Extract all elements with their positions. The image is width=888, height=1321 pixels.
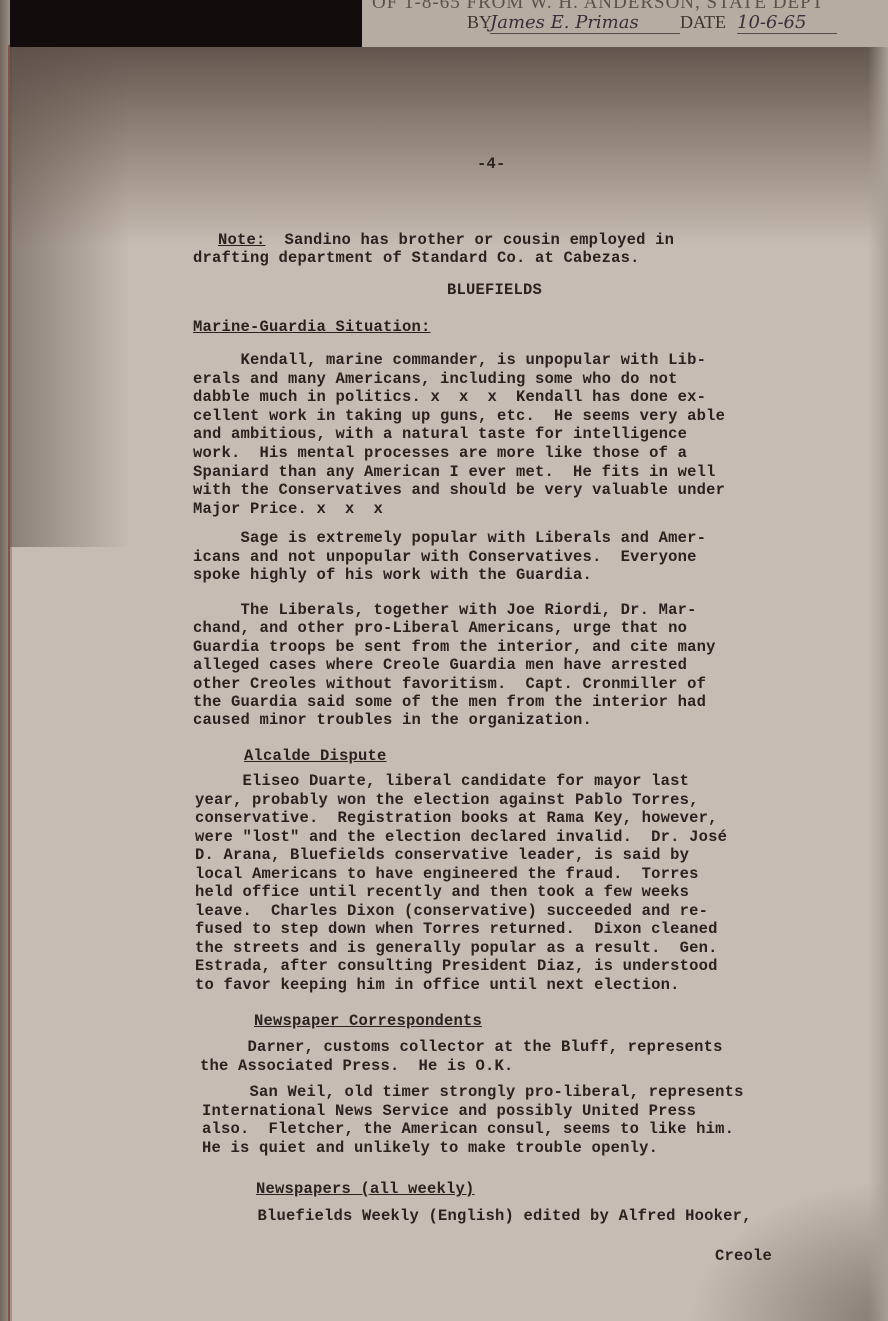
section-title: BLUEFIELDS — [447, 281, 542, 299]
text-line: Eliseo Duarte, liberal candidate for may… — [195, 772, 689, 790]
scan-shadow-left — [10, 47, 130, 547]
heading-newspaper-correspondents: Newspaper Correspondents — [254, 1012, 482, 1030]
text-line: conservative. Registration books at Rama… — [195, 809, 718, 827]
text-line: Sage is extremely popular with Liberals … — [193, 529, 706, 547]
scan-shadow-top — [10, 47, 888, 247]
text-line: work. His mental processes are more like… — [193, 444, 687, 462]
stamp-date: 10-6-65 — [737, 12, 837, 34]
continuation-word: Creole — [715, 1247, 772, 1265]
text-line: cellent work in taking up guns, etc. He … — [193, 407, 725, 425]
declassification-stamp: OF 1-8-65 FROM W. H. ANDERSON, STATE DEP… — [362, 0, 888, 47]
text-line: the streets and is generally popular as … — [195, 939, 718, 957]
text-line: local Americans to have engineered the f… — [195, 865, 699, 883]
stamp-signature: James E. Primas — [490, 12, 680, 34]
text-line: with the Conservatives and should be ver… — [193, 481, 725, 499]
text-line: year, probably won the election against … — [195, 791, 699, 809]
text-line: the Associated Press. He is O.K. — [200, 1057, 514, 1075]
text-line: San Weil, old timer strongly pro-liberal… — [202, 1083, 744, 1101]
text-line: Spaniard than any American I ever met. H… — [193, 463, 716, 481]
text-line: other Creoles without favoritism. Capt. … — [193, 675, 706, 693]
text-line: International News Service and possibly … — [202, 1102, 696, 1120]
text-line: the Guardia said some of the men from th… — [193, 693, 706, 711]
text-line: Estrada, after consulting President Diaz… — [195, 957, 718, 975]
text-line: chand, and other pro-Liberal Americans, … — [193, 619, 687, 637]
text-line: Major Price. x x x — [193, 500, 383, 518]
note-line-2: drafting department of Standard Co. at C… — [193, 249, 640, 267]
text-line: D. Arana, Bluefields conservative leader… — [195, 846, 689, 864]
text-line: Darner, customs collector at the Bluff, … — [200, 1038, 723, 1056]
text-line: dabble much in politics. x x x Kendall h… — [193, 388, 706, 406]
page-number: -4- — [477, 155, 506, 173]
note-line-1: Note: Sandino has brother or cousin empl… — [218, 231, 674, 249]
text-line: were "lost" and the election declared in… — [195, 828, 727, 846]
text-line: leave. Charles Dixon (conservative) succ… — [195, 902, 708, 920]
redaction-block — [10, 0, 362, 47]
text-line: caused minor troubles in the organizatio… — [193, 711, 592, 729]
text-line: spoke highly of his work with the Guardi… — [193, 566, 592, 584]
text-line: Guardia troops be sent from the interior… — [193, 638, 716, 656]
text-line: held office until recently and then took… — [195, 883, 689, 901]
text-line: also. Fletcher, the American consul, see… — [202, 1120, 734, 1138]
text-line: alleged cases where Creole Guardia men h… — [193, 656, 687, 674]
note-label: Note: — [218, 231, 266, 249]
stamp-by-label: BY — [467, 12, 492, 33]
text-line: fused to step down when Torres returned.… — [195, 920, 718, 938]
text-line: to favor keeping him in office until nex… — [195, 976, 680, 994]
text-line: and ambitious, with a natural taste for … — [193, 425, 687, 443]
text-line: He is quiet and unlikely to make trouble… — [202, 1139, 658, 1157]
text-line: icans and not unpopular with Conservativ… — [193, 548, 697, 566]
heading-newspapers: Newspapers (all weekly) — [256, 1180, 475, 1198]
text-line: Kendall, marine commander, is unpopular … — [193, 351, 706, 369]
stamp-date-label: DATE — [680, 12, 726, 33]
text-line: erals and many Americans, including some… — [193, 370, 678, 388]
margin-rule — [8, 45, 10, 1321]
text-line: Bluefields Weekly (English) edited by Al… — [210, 1207, 752, 1225]
heading-alcalde-dispute: Alcalde Dispute — [244, 747, 387, 765]
heading-marine-guardia: Marine-Guardia Situation: — [193, 318, 431, 336]
scanned-document-page: OF 1-8-65 FROM W. H. ANDERSON, STATE DEP… — [0, 0, 888, 1321]
page-right-edge — [868, 0, 888, 1321]
text-line: The Liberals, together with Joe Riordi, … — [193, 601, 697, 619]
